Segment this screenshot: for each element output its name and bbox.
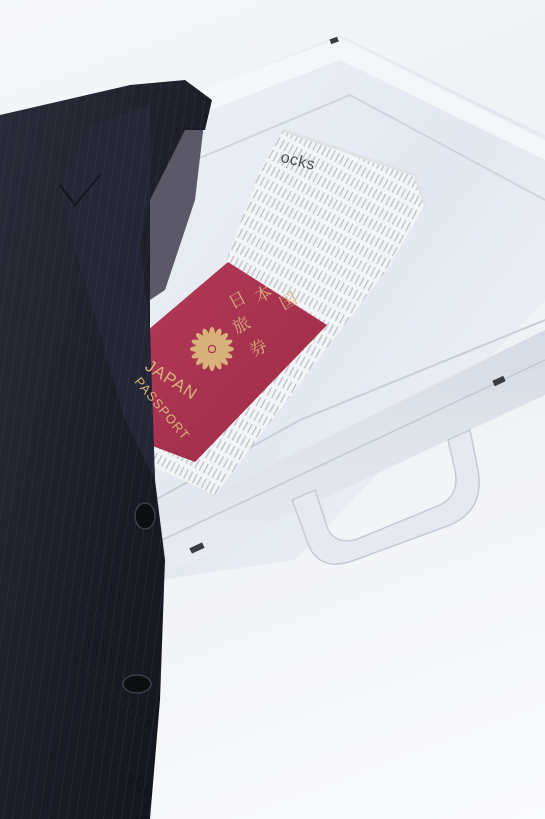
scene-drawing [0, 0, 545, 819]
jacket-button-bottom [123, 675, 151, 693]
chrysanthemum-crest-icon [190, 327, 234, 371]
jacket-button-top [135, 503, 155, 529]
photo-scene: ocks 日 本 国 旅 券 JAPAN PASSPORT [0, 0, 545, 819]
